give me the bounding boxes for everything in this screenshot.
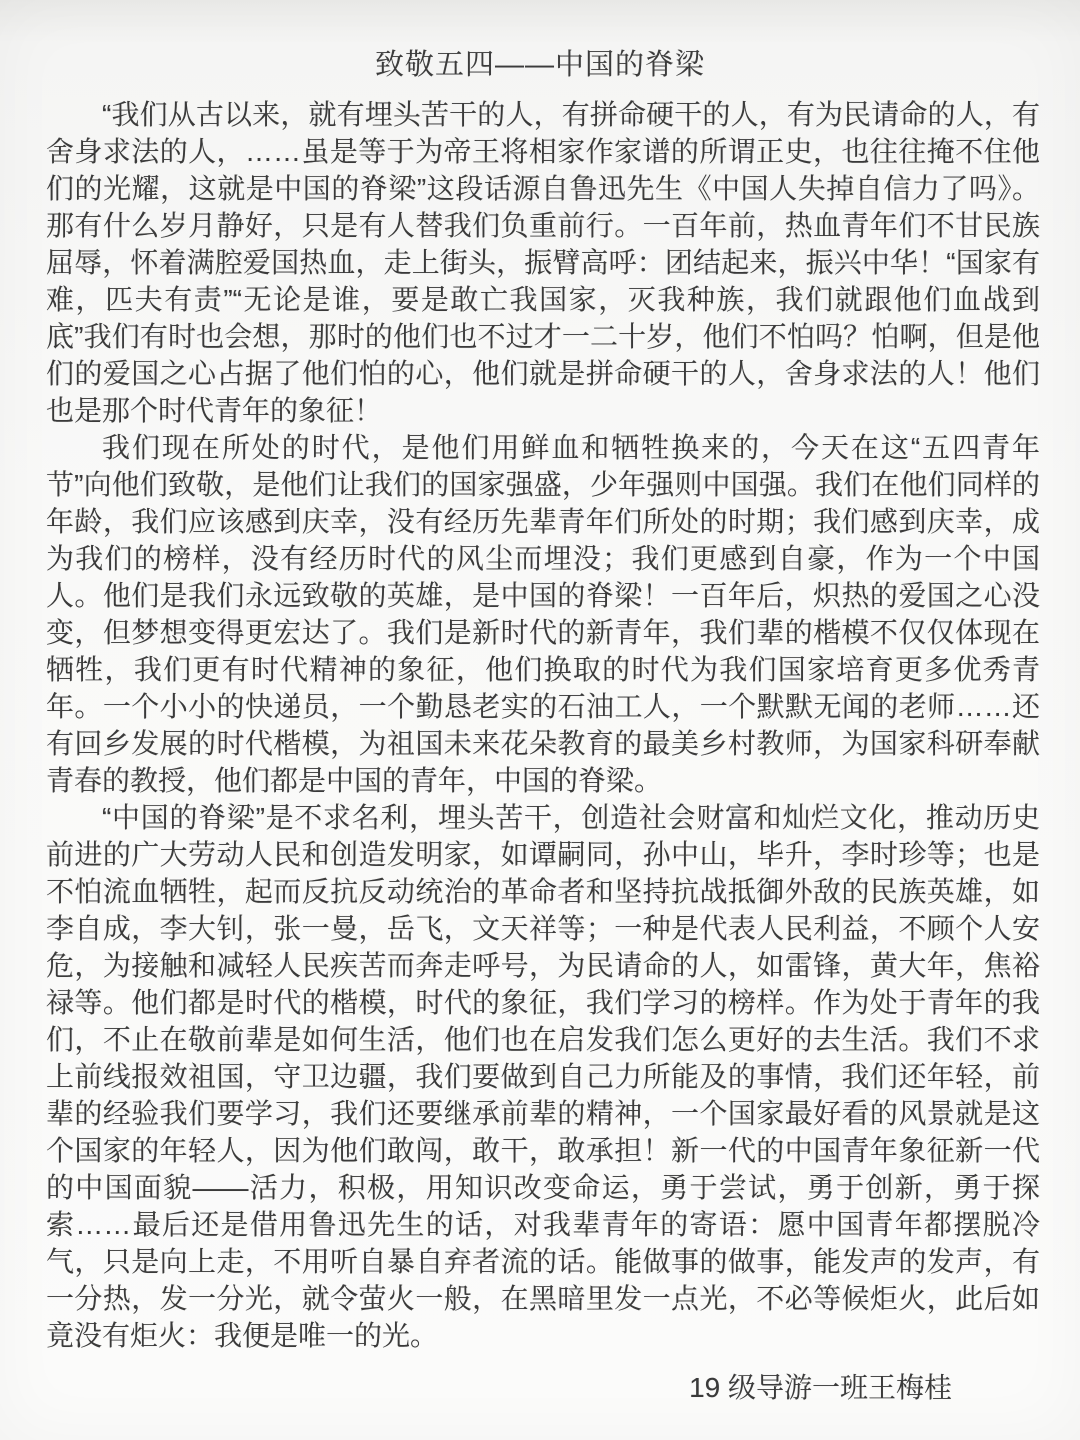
essay-body: “我们从古以来，就有埋头苦干的人，有拼命硬干的人，有为民请命的人，有舍身求法的人… [0,83,1080,1354]
essay-title: 致敬五四——中国的脊梁 [0,0,1080,83]
essay-paragraph-3: “中国的脊梁”是不求名利，埋头苦干，创造社会财富和灿烂文化，推动历史前进的广大劳… [46,799,1040,1354]
essay-paragraph-1: “我们从古以来，就有埋头苦干的人，有拼命硬干的人，有为民请命的人，有舍身求法的人… [46,96,1040,429]
scanned-document-page: 致敬五四——中国的脊梁 “我们从古以来，就有埋头苦干的人，有拼命硬干的人，有为民… [0,0,1080,1440]
author-signature: 19 级导游一班王梅桂 [0,1366,952,1406]
essay-paragraph-2: 我们现在所处的时代，是他们用鲜血和牺牲换来的，今天在这“五四青年节”向他们致敬，… [46,429,1040,799]
